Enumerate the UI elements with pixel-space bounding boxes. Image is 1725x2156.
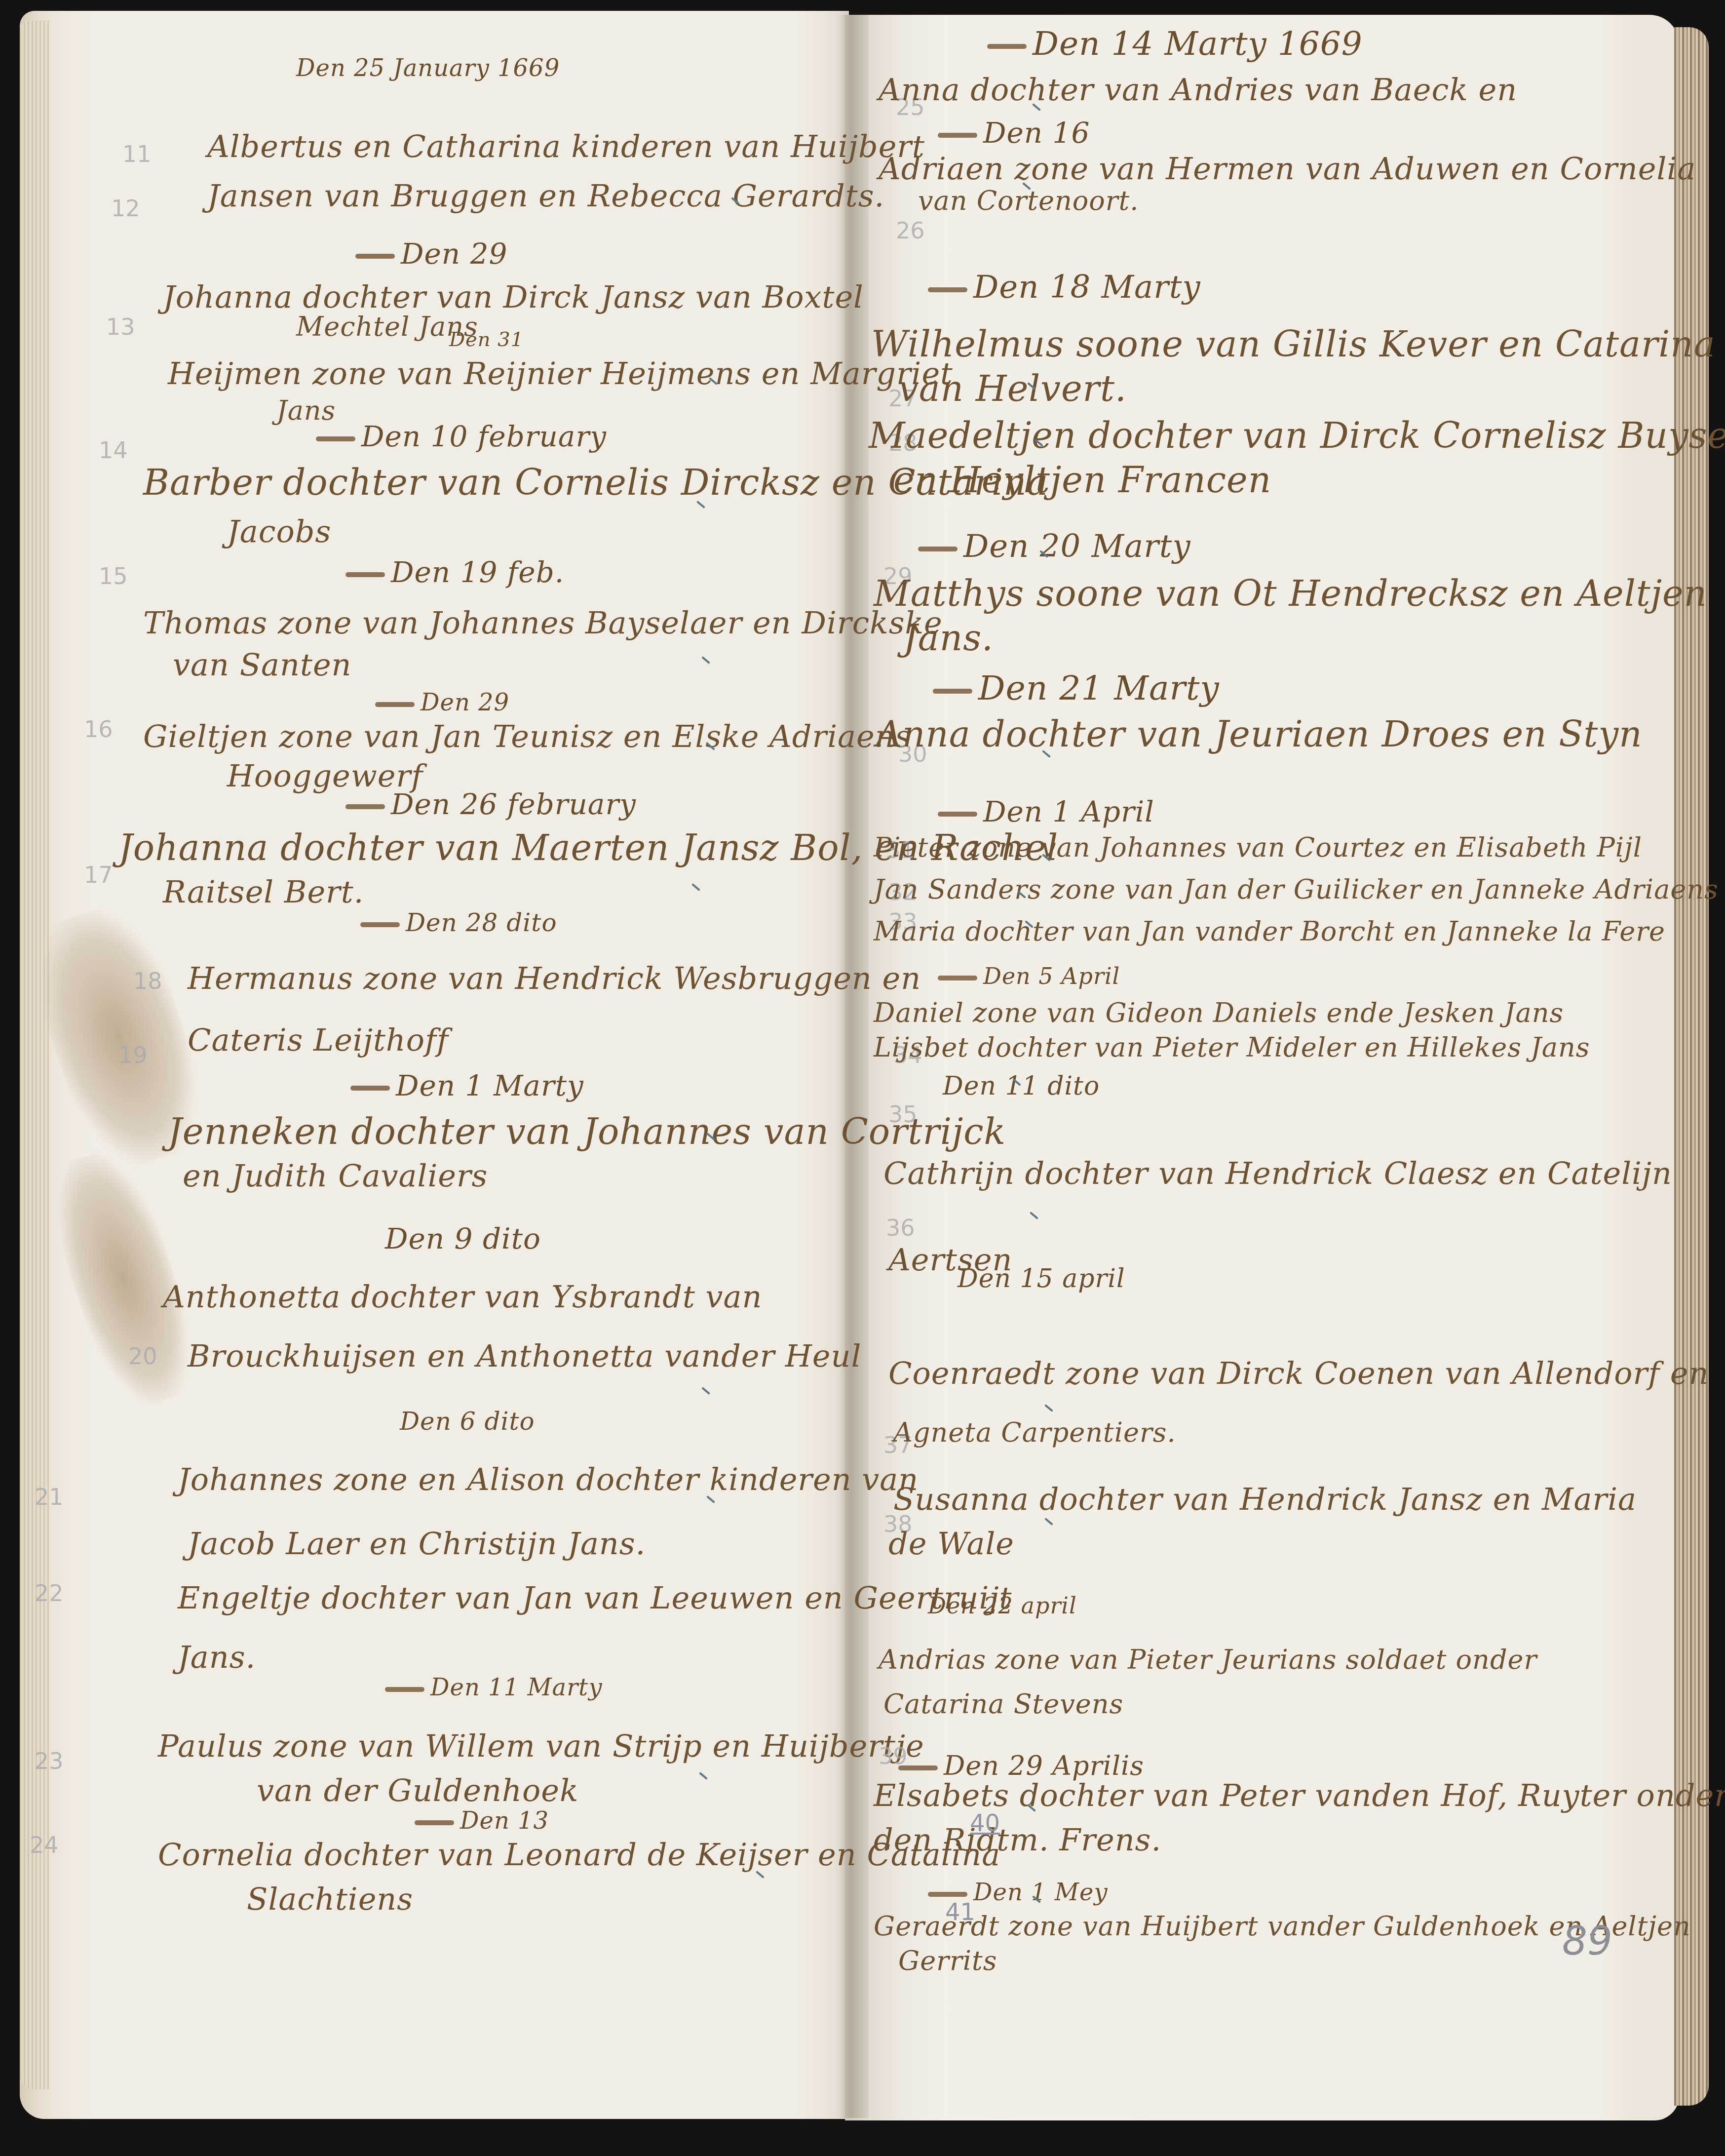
entry-line: Jacobs: [227, 513, 331, 549]
entry-date: Den 29 Aprilis: [898, 1750, 1144, 1781]
entry-line: Jansen van Bruggen en Rebecca Gerardts.: [207, 178, 884, 214]
left-page-edge: [20, 21, 49, 2089]
margin-number: 13: [106, 314, 135, 340]
entry-date: Den 18 Marty: [928, 269, 1201, 306]
entry-line: Anna dochter van Jeuriaen Droes en Styn: [876, 713, 1643, 755]
entry-line: Engeltje dochter van Jan van Leeuwen en …: [178, 1580, 1012, 1616]
entry-line: Wilhelmus soone van Gillis Kever en Cata…: [871, 323, 1716, 365]
book-spread: 11 12 13 14 15 16 17 18 19 20 21 22 23 2…: [0, 0, 1725, 2156]
entry-date: Den 29: [375, 689, 509, 716]
entry-line: Susanna dochter van Hendrick Jansz en Ma…: [893, 1481, 1637, 1517]
margin-number: 22: [35, 1580, 64, 1607]
entry-line: de Wale: [888, 1526, 1014, 1562]
entry-line: Brouckhuijsen en Anthonetta vander Heul: [188, 1338, 861, 1374]
entry-date: Den 1 April: [938, 795, 1154, 828]
entry-date: Den 28 dito: [360, 908, 557, 937]
entry-date: Den 5 April: [938, 963, 1120, 989]
entry-line: Pieter zone van Johannes van Courtez en …: [874, 832, 1642, 863]
entry-line: en Judith Cavaliers: [183, 1158, 488, 1194]
entry-line: en Heyltjen Francen: [893, 459, 1271, 501]
entry-date: Den 10 february: [316, 420, 607, 453]
entry-line: Agneta Carpentiers.: [893, 1417, 1176, 1448]
margin-number: 19: [118, 1042, 148, 1068]
entry-line: Heijmen zone van Reijnier Heijmens en Ma…: [168, 355, 953, 392]
entry-line: Gerrits: [898, 1945, 997, 1976]
pencil-number: 41: [945, 1898, 975, 1926]
entry-line: Coenraedt zone van Dirck Coenen van Alle…: [888, 1355, 1709, 1391]
entry-line: Jan Sanders zone van Jan der Guilicker e…: [874, 874, 1719, 905]
entry-line: Maria dochter van Jan vander Borcht en J…: [874, 916, 1665, 947]
entry-line: van der Guldenhoek: [257, 1772, 578, 1808]
margin-number: 35: [888, 1101, 918, 1128]
folio-number: 89: [1562, 1918, 1612, 1964]
entry-line: Cateris Leijthoff: [188, 1022, 449, 1058]
entry-date: Den 11 Marty: [385, 1674, 603, 1701]
entry-date: Den 25 January 1669: [296, 54, 560, 82]
entry-line: van Cortenoort.: [918, 185, 1139, 216]
entry-line: Jans.: [903, 617, 994, 659]
entry-line: Albertus en Catharina kinderen van Huijb…: [207, 128, 925, 164]
entry-date: Den 20 Marty: [918, 528, 1191, 565]
entry-line: Paulus zone van Willem van Strijp en Hui…: [158, 1728, 924, 1764]
margin-number: 17: [84, 862, 113, 888]
entry-date: Den 22 april: [928, 1592, 1077, 1619]
entry-date: Den 1 Marty: [350, 1069, 584, 1102]
entry-line: van Helvert.: [898, 368, 1127, 409]
entry-line: Johanna dochter van Dirck Jansz van Boxt…: [163, 279, 864, 315]
margin-number: 26: [896, 217, 925, 244]
entry-line: Jacob Laer en Christijn Jans.: [188, 1526, 646, 1562]
margin-number: 36: [886, 1215, 915, 1241]
margin-number: 14: [99, 437, 128, 464]
entry-line: Gieltjen zone van Jan Teunisz en Elske A…: [143, 718, 911, 754]
margin-number: 18: [133, 968, 162, 994]
entry-date: Den 31: [449, 328, 524, 351]
entry-line: den Ridtm. Frens.: [874, 1822, 1161, 1858]
pencil-number: 40: [970, 1809, 1000, 1837]
entry-line: Anthonetta dochter van Ysbrandt van: [163, 1279, 762, 1315]
margin-number: 24: [30, 1832, 59, 1858]
entry-line: Maedeltjen dochter van Dirck Cornelisz B…: [869, 415, 1725, 456]
entry-line: Lijsbet dochter van Pieter Mideler en Hi…: [874, 1032, 1590, 1063]
margin-number: 23: [35, 1748, 64, 1774]
entry-line: Andrias zone van Pieter Jeurians soldaet…: [879, 1644, 1537, 1675]
margin-number: 16: [84, 716, 113, 743]
entry-date: Den 15 april: [958, 1264, 1125, 1294]
margin-number: 12: [111, 195, 140, 222]
entry-date: Den 6 dito: [400, 1407, 535, 1436]
entry-line: Thomas zone van Johannes Bayselaer en Di…: [143, 605, 943, 641]
entry-line: Daniel zone van Gideon Daniels ende Jesk…: [874, 997, 1564, 1028]
entry-date: Den 9 dito: [385, 1222, 541, 1255]
gutter: [839, 15, 869, 2118]
entry-line: Jenneken dochter van Johannes van Cortri…: [168, 1111, 1006, 1152]
entry-date: Den 13: [415, 1807, 549, 1835]
entry-date: Den 29: [355, 237, 507, 271]
entry-line: Raitsel Bert.: [163, 874, 364, 910]
margin-number: 15: [99, 563, 128, 589]
entry-line: Hermanus zone van Hendrick Wesbruggen en: [188, 960, 921, 996]
entry-line: Matthys soone van Ot Hendrecksz en Aeltj…: [874, 573, 1707, 614]
entry-line: Cathrijn dochter van Hendrick Claesz en …: [883, 1155, 1672, 1191]
entry-line: Johannes zone en Alison dochter kinderen…: [178, 1461, 919, 1497]
entry-line: Slachtiens: [247, 1881, 413, 1917]
entry-date: Den 11 dito: [943, 1071, 1100, 1101]
entry-date: Den 26 february: [345, 787, 636, 821]
entry-line: Elsabets dochter van Peter vanden Hof, R…: [874, 1777, 1725, 1813]
entry-date: Den 21 Marty: [933, 669, 1220, 708]
entry-date: Den 19 feb.: [345, 555, 564, 589]
entry-line: Jans.: [178, 1639, 256, 1675]
margin-number: 20: [128, 1343, 157, 1370]
margin-number: 11: [122, 141, 152, 167]
entry-date: Den 16: [938, 116, 1090, 150]
entry-line: van Santen: [173, 647, 352, 683]
margin-number: 21: [35, 1484, 64, 1510]
entry-line: Adriaen zone van Hermen van Aduwen en Co…: [879, 151, 1696, 187]
entry-date: Den 14 Marty 1669: [987, 25, 1363, 63]
entry-line: Anna dochter van Andries van Baeck en: [879, 72, 1517, 108]
entry-line: Catarina Stevens: [883, 1688, 1123, 1720]
